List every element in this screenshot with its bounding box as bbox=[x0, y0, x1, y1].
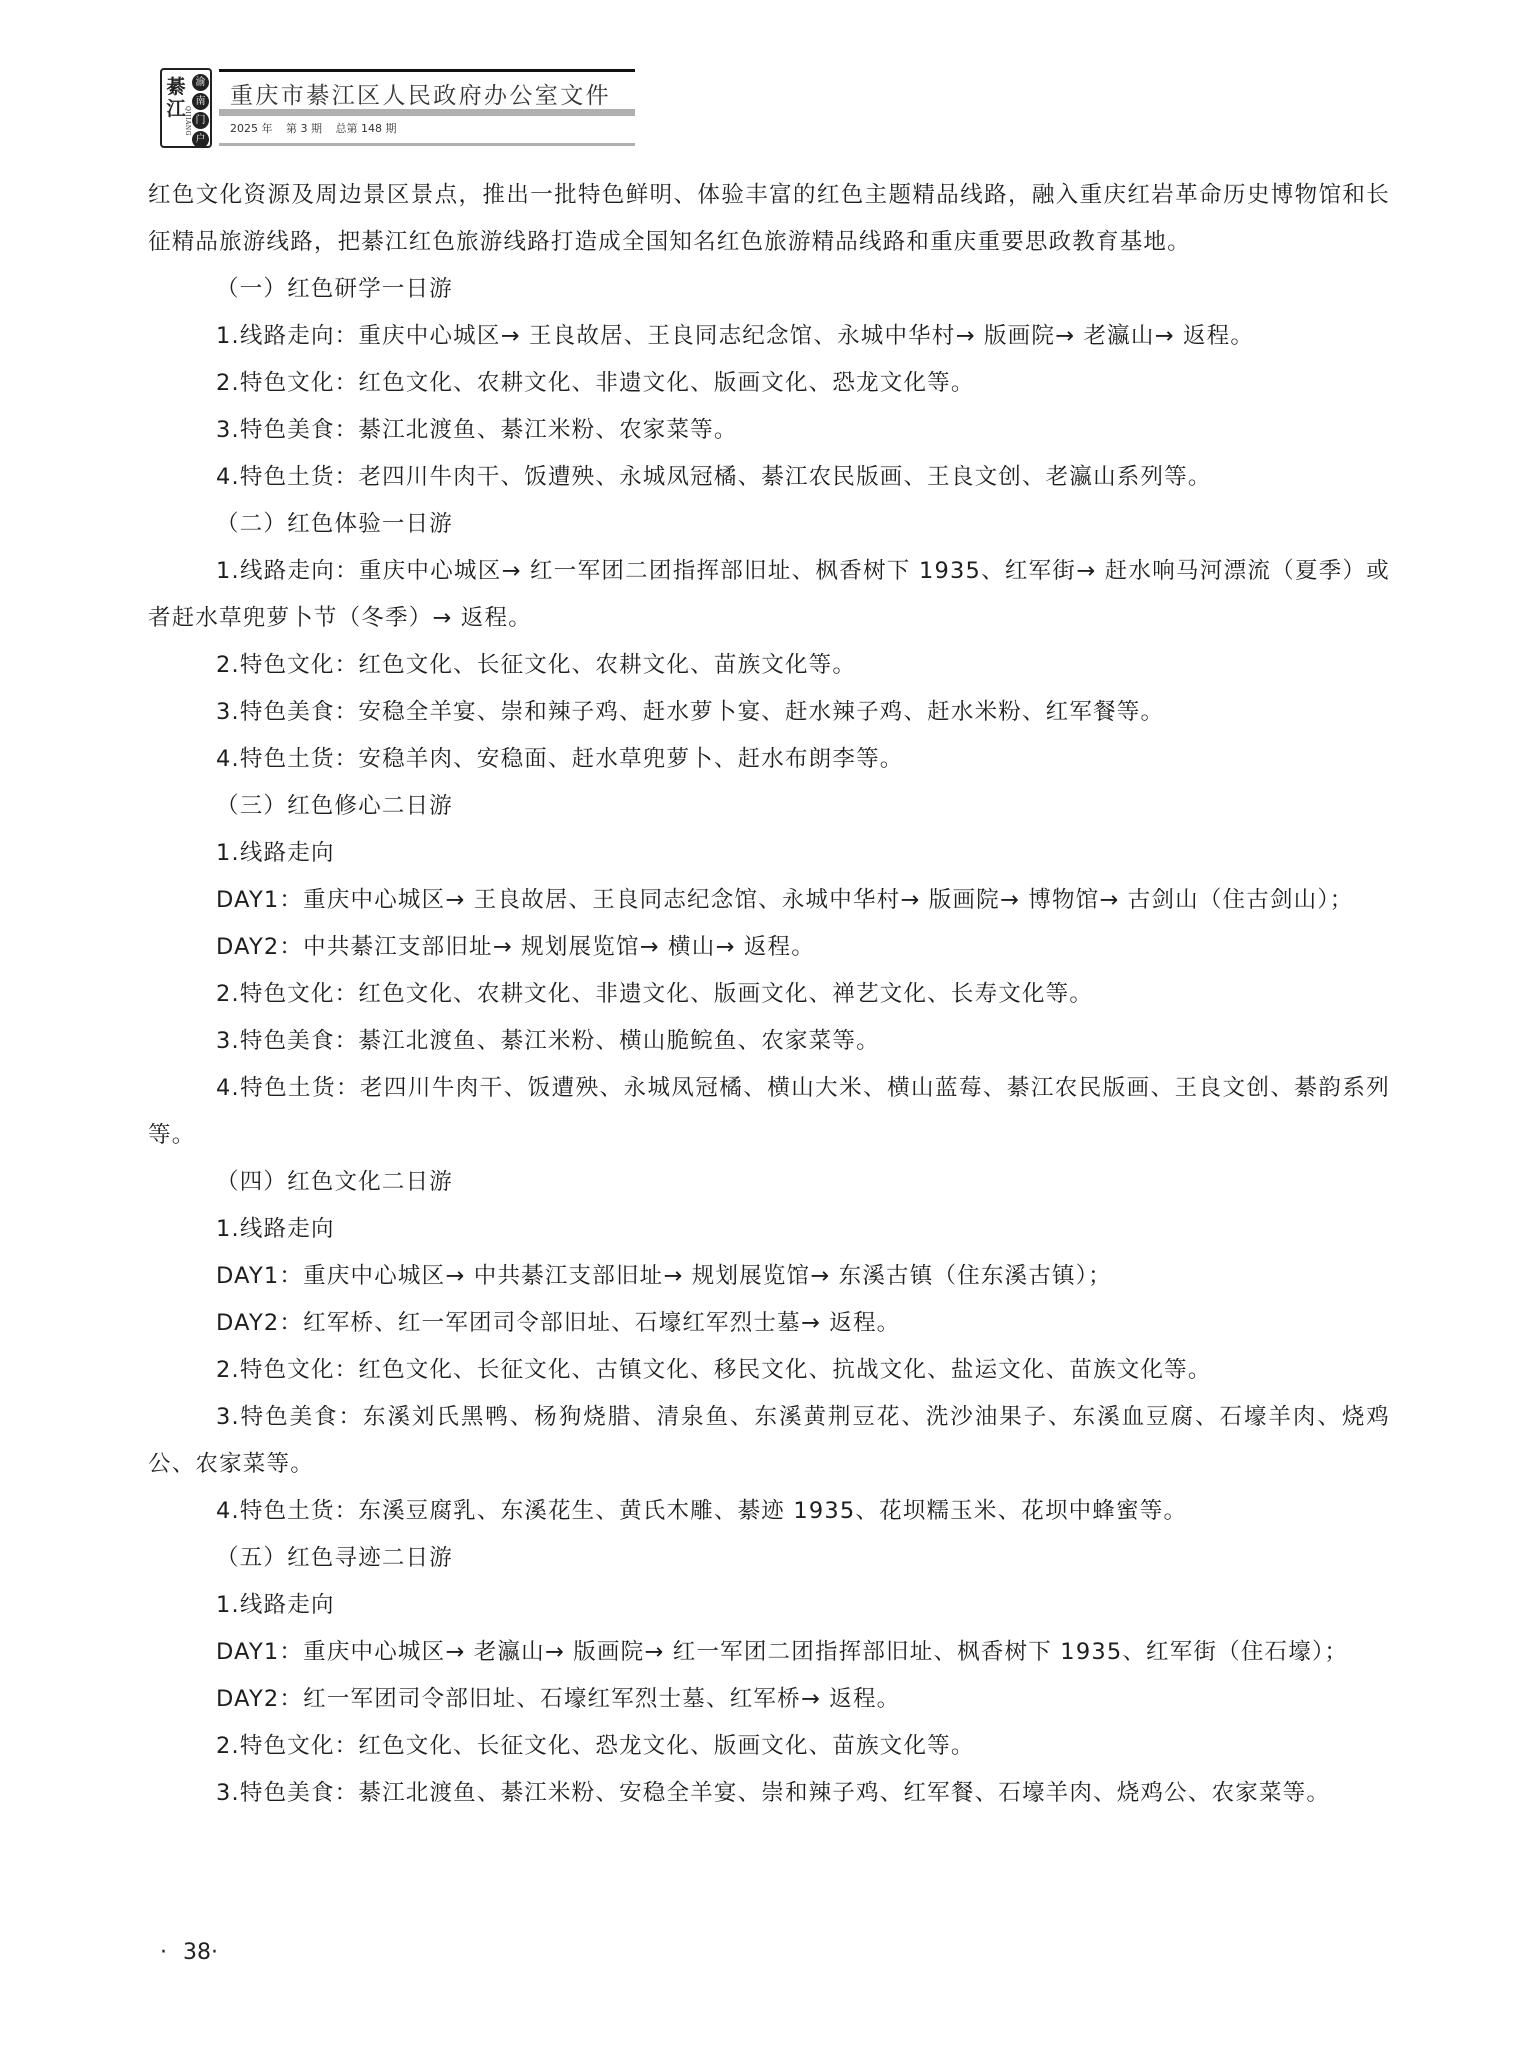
body-paragraph: DAY1：重庆中心城区→ 中共綦江支部旧址→ 规划展览馆→ 东溪古镇（住东溪古镇… bbox=[148, 1253, 1390, 1300]
body-paragraph: （三）红色修心二日游 bbox=[148, 783, 1390, 830]
body-paragraph: 4.特色土货：老四川牛肉干、饭遭殃、永城凤冠橘、横山大米、横山蓝莓、綦江农民版画… bbox=[148, 1065, 1390, 1159]
body-paragraph: DAY2：红一军团司令部旧址、石壕红军烈士墓、红军桥→ 返程。 bbox=[148, 1676, 1390, 1723]
body-paragraph: 2.特色文化：红色文化、长征文化、农耕文化、苗族文化等。 bbox=[148, 642, 1390, 689]
body-paragraph: （一）红色研学一日游 bbox=[148, 266, 1390, 313]
body-paragraph: 4.特色土货：安稳羊肉、安稳面、赶水草兜萝卜、赶水布朗李等。 bbox=[148, 736, 1390, 783]
logo-latin-text: QIJIANG bbox=[184, 106, 191, 136]
body-paragraph: 3.特色美食：綦江北渡鱼、綦江米粉、横山脆鲩鱼、农家菜等。 bbox=[148, 1018, 1390, 1065]
footer-dot-left: · bbox=[160, 1940, 167, 1965]
footer-dot-right: · bbox=[211, 1940, 218, 1965]
body-paragraph: 2.特色文化：红色文化、长征文化、古镇文化、移民文化、抗战文化、盐运文化、苗族文… bbox=[148, 1347, 1390, 1394]
header-rule-bottom bbox=[219, 143, 635, 146]
body-paragraph: DAY1：重庆中心城区→ 老瀛山→ 版画院→ 红一军团二团指挥部旧址、枫香树下 … bbox=[148, 1629, 1390, 1676]
body-paragraph: 3.特色美食：綦江北渡鱼、綦江米粉、农家菜等。 bbox=[148, 407, 1390, 454]
body-paragraph: 2.特色文化：红色文化、长征文化、恐龙文化、版画文化、苗族文化等。 bbox=[148, 1723, 1390, 1770]
body-paragraph: DAY1：重庆中心城区→ 王良故居、王良同志纪念馆、永城中华村→ 版画院→ 博物… bbox=[148, 877, 1390, 924]
logo-circle-char: 南 bbox=[192, 93, 209, 110]
logo-circle-char: 户 bbox=[192, 131, 209, 148]
body-paragraph: 3.特色美食：东溪刘氏黑鸭、杨狗烧腊、清泉鱼、东溪黄荆豆花、洗沙油果子、东溪血豆… bbox=[148, 1394, 1390, 1488]
body-paragraph: 1.线路走向 bbox=[148, 1206, 1390, 1253]
body-paragraph: 2.特色文化：红色文化、农耕文化、非遗文化、版画文化、禅艺文化、长寿文化等。 bbox=[148, 971, 1390, 1018]
header-rule-middle bbox=[219, 109, 635, 116]
logo-circle-char: 渝 bbox=[192, 74, 209, 91]
body-paragraph: DAY2：红军桥、红一军团司令部旧址、石壕红军烈士墓→ 返程。 bbox=[148, 1300, 1390, 1347]
body-paragraph: 1.线路走向：重庆中心城区→ 红一军团二团指挥部旧址、枫香树下 1935、红军街… bbox=[148, 548, 1390, 642]
logo-circle-char: 门 bbox=[192, 112, 209, 129]
issue-number: 第 3 期 bbox=[286, 122, 322, 135]
document-body: 红色文化资源及周边景区景点，推出一批特色鲜明、体验丰富的红色主题精品线路，融入重… bbox=[148, 172, 1390, 1817]
body-paragraph: 2.特色文化：红色文化、农耕文化、非遗文化、版画文化、恐龙文化等。 bbox=[148, 360, 1390, 407]
body-paragraph: 1.线路走向 bbox=[148, 830, 1390, 877]
page-number: 38 bbox=[183, 1940, 211, 1965]
issue-info: 2025 年 第 3 期 总第 148 期 bbox=[230, 120, 407, 136]
document-title: 重庆市綦江区人民政府办公室文件 bbox=[230, 77, 611, 110]
qijiang-logo: 綦江 QIJIANG 渝 南 门 户 bbox=[160, 68, 212, 148]
body-paragraph: （四）红色文化二日游 bbox=[148, 1159, 1390, 1206]
body-paragraph: 1.线路走向：重庆中心城区→ 王良故居、王良同志纪念馆、永城中华村→ 版画院→ … bbox=[148, 313, 1390, 360]
body-paragraph: 3.特色美食：安稳全羊宴、崇和辣子鸡、赶水萝卜宴、赶水辣子鸡、赶水米粉、红军餐等… bbox=[148, 689, 1390, 736]
body-paragraph: （五）红色寻迹二日游 bbox=[148, 1535, 1390, 1582]
body-paragraph: （二）红色体验一日游 bbox=[148, 501, 1390, 548]
body-paragraph: 红色文化资源及周边景区景点，推出一批特色鲜明、体验丰富的红色主题精品线路，融入重… bbox=[148, 172, 1390, 266]
body-paragraph: 4.特色土货：老四川牛肉干、饭遭殃、永城凤冠橘、綦江农民版画、王良文创、老瀛山系… bbox=[148, 454, 1390, 501]
document-header: 綦江 QIJIANG 渝 南 门 户 重庆市綦江区人民政府办公室文件 2025 … bbox=[160, 68, 635, 148]
issue-total: 总第 148 期 bbox=[336, 122, 397, 135]
body-paragraph: DAY2：中共綦江支部旧址→ 规划展览馆→ 横山→ 返程。 bbox=[148, 924, 1390, 971]
body-paragraph: 4.特色土货：东溪豆腐乳、东溪花生、黄氏木雕、綦迹 1935、花坝糯玉米、花坝中… bbox=[148, 1488, 1390, 1535]
body-paragraph: 3.特色美食：綦江北渡鱼、綦江米粉、安稳全羊宴、崇和辣子鸡、红军餐、石壕羊肉、烧… bbox=[148, 1770, 1390, 1817]
logo-circle-group: 渝 南 门 户 bbox=[192, 74, 210, 150]
page-footer: ·38· bbox=[160, 1940, 218, 1965]
issue-year: 2025 年 bbox=[230, 122, 273, 135]
header-rule-top bbox=[219, 69, 635, 72]
body-paragraph: 1.线路走向 bbox=[148, 1582, 1390, 1629]
